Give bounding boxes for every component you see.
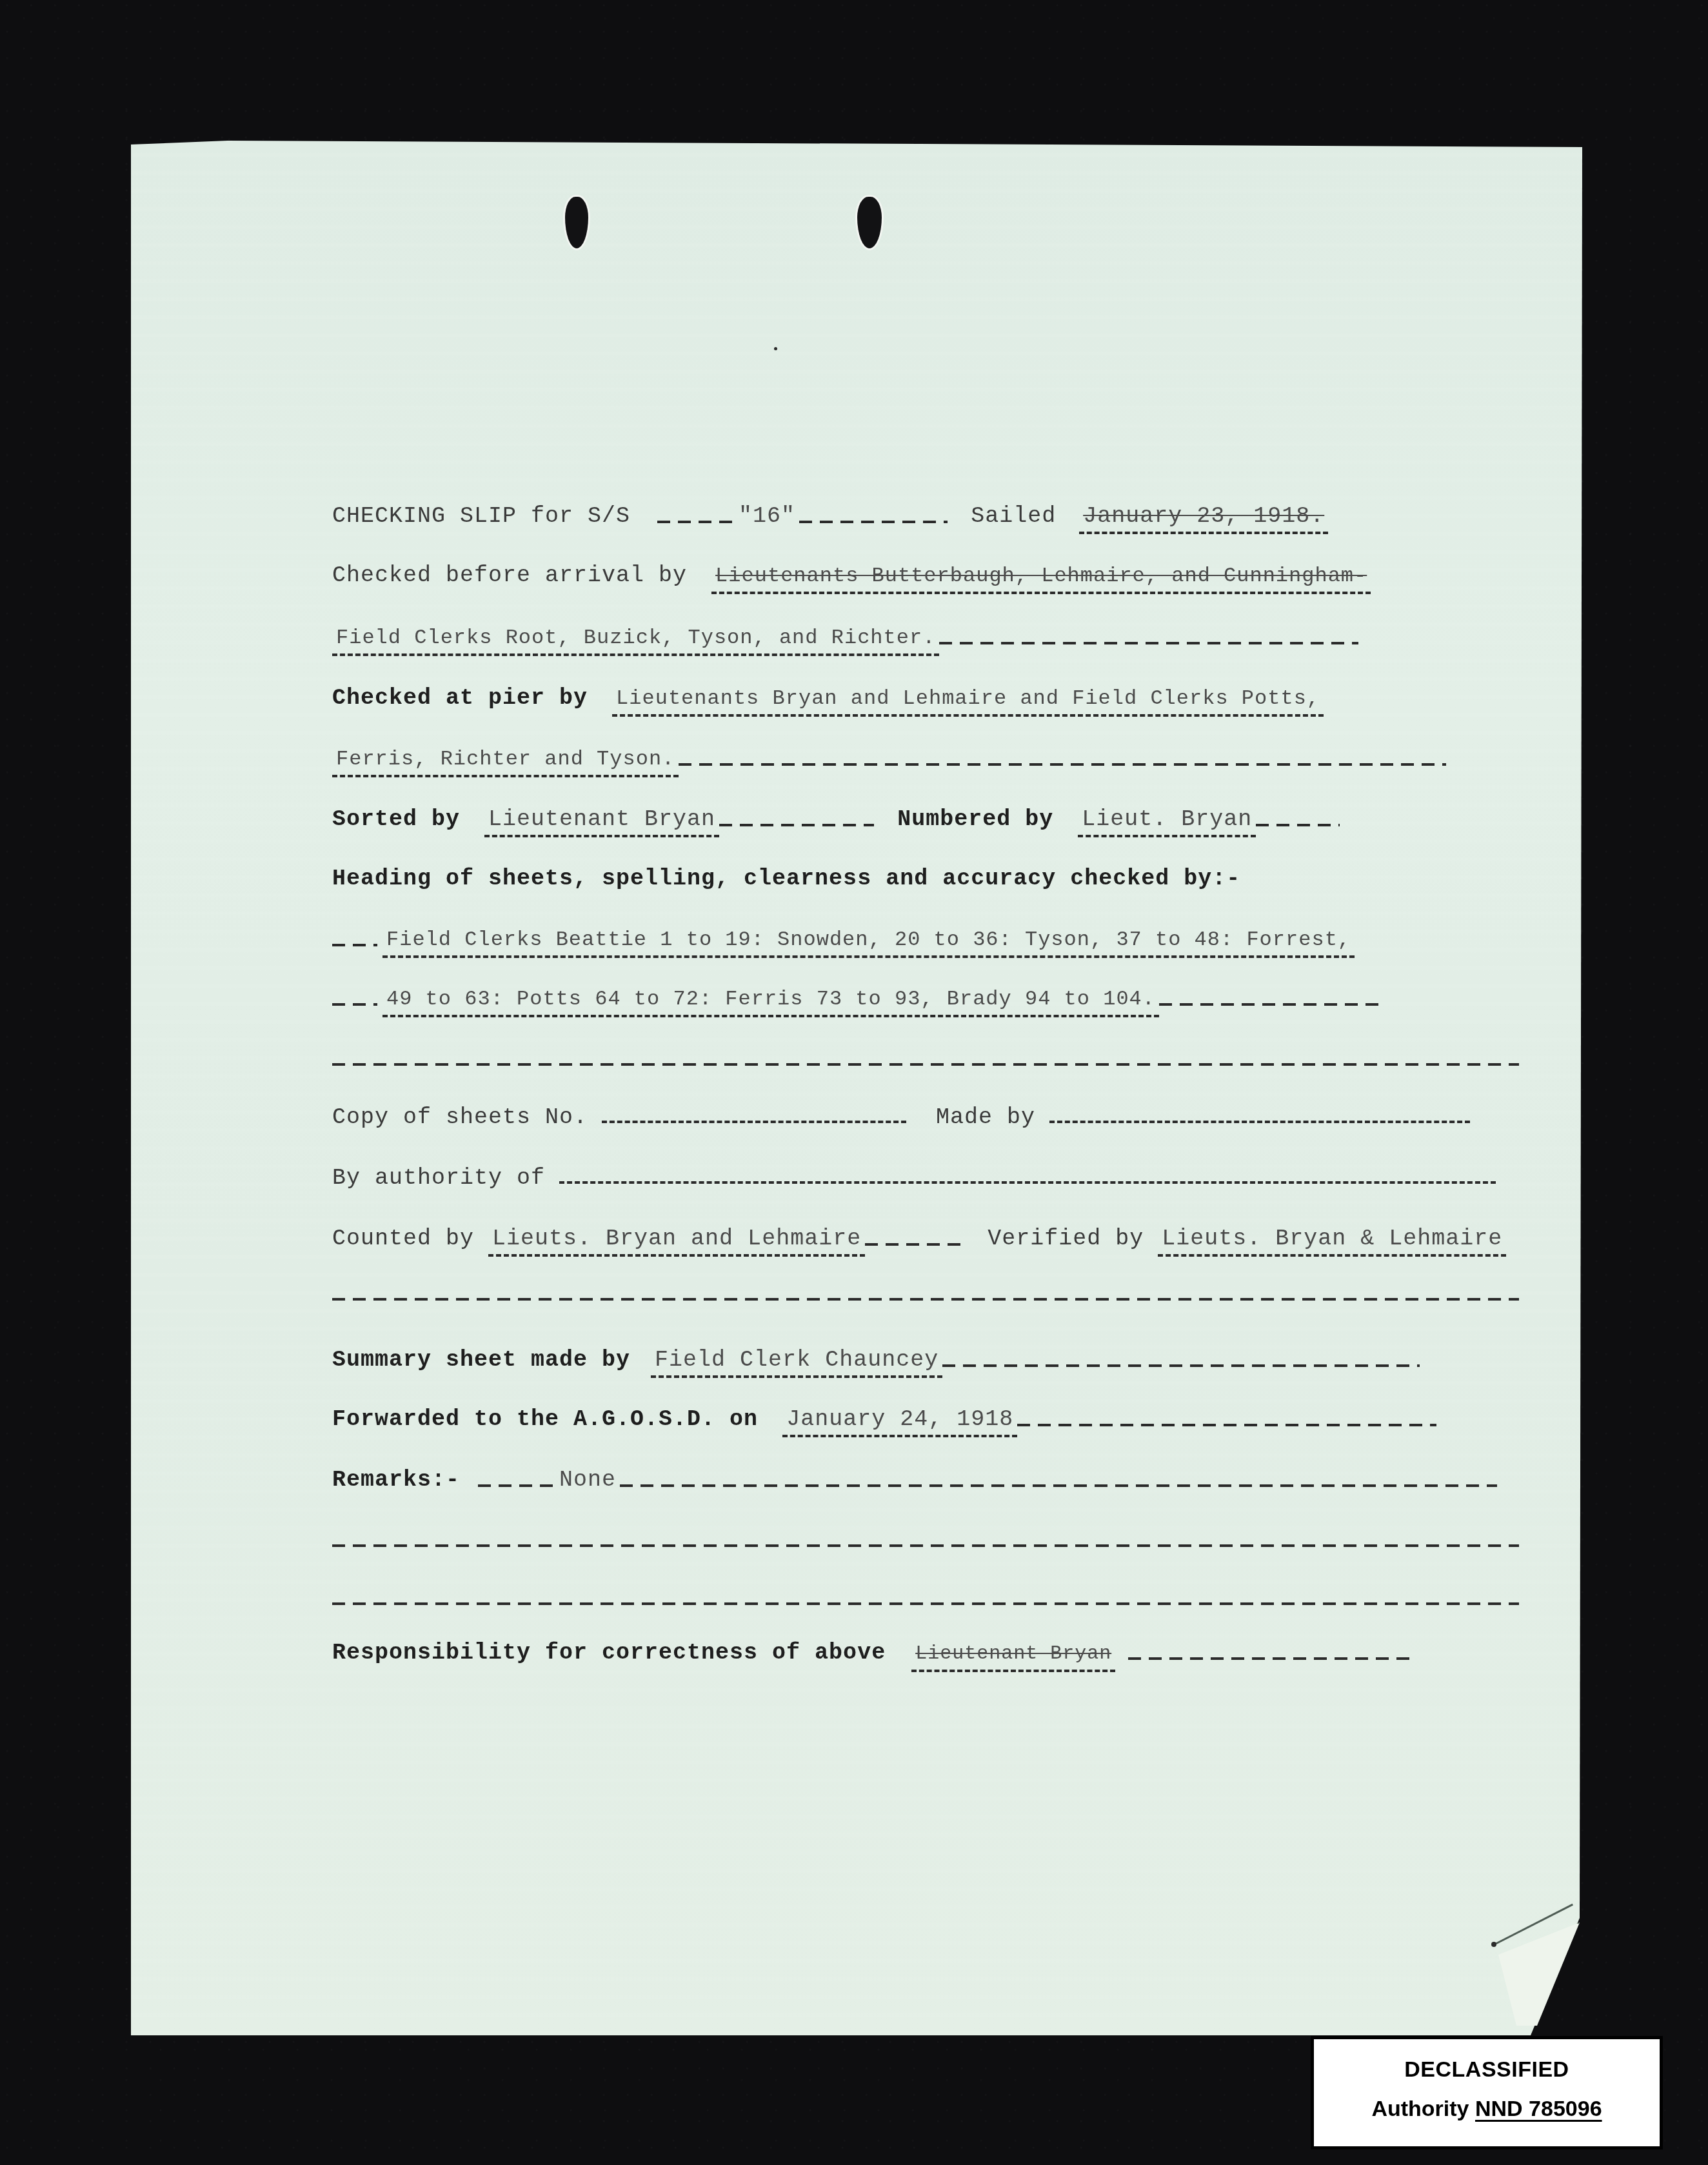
counted-by-value: Lieuts. Bryan and Lehmaire <box>488 1224 865 1257</box>
numbered-by-value: Lieut. Bryan <box>1078 805 1256 837</box>
responsibility-label: Responsibility for correctness of above <box>332 1640 886 1666</box>
by-authority-row: By authority of <box>332 1159 1496 1197</box>
blank-dashed-line <box>332 1544 1519 1547</box>
sorted-numbered-row: Sorted by Lieutenant Bryan Numbered by L… <box>332 800 1340 839</box>
checked-before-arrival-row-2: Field Clerks Root, Buzick, Tyson, and Ri… <box>332 618 1358 657</box>
heading-check-row-2: Field Clerks Beattie 1 to 19: Snowden, 2… <box>332 920 1355 959</box>
checked-before-arrival-label: Checked before arrival by <box>332 563 687 588</box>
counted-verified-row: Counted by Lieuts. Bryan and Lehmaire Ve… <box>332 1219 1506 1258</box>
checked-at-pier-value-2: Ferris, Richter and Tyson. <box>332 745 679 777</box>
responsibility-value: Lieutenant Bryan <box>911 1640 1115 1672</box>
form-title: CHECKING SLIP for S/S <box>332 503 630 529</box>
responsibility-row: Responsibility for correctness of above … <box>332 1633 1412 1672</box>
heading-check-label: Heading of sheets, spelling, clearness a… <box>332 866 1240 892</box>
sailed-date: January 23, 1918. <box>1079 502 1328 534</box>
checked-at-pier-label: Checked at pier by <box>332 685 588 711</box>
checked-at-pier-row-2: Ferris, Richter and Tyson. <box>332 739 1446 778</box>
made-by-value <box>1049 1119 1470 1123</box>
summary-sheet-row: Summary sheet made by Field Clerk Chaunc… <box>332 1341 1420 1379</box>
paper-speck <box>1491 1942 1496 1947</box>
remarks-label: Remarks:- <box>332 1467 460 1493</box>
heading-check-row: Heading of sheets, spelling, clearness a… <box>332 859 1240 898</box>
checked-before-arrival-row: Checked before arrival by Lieutenants Bu… <box>332 556 1371 595</box>
by-authority-value <box>559 1180 1496 1184</box>
blank-dashed-line <box>332 1298 1519 1301</box>
checked-at-pier-value: Lieutenants Bryan and Lehmaire and Field… <box>612 684 1324 717</box>
stamp-title: DECLASSIFIED <box>1314 2057 1660 2082</box>
sorted-by-label: Sorted by <box>332 806 460 832</box>
paper-texture <box>131 141 1582 2035</box>
forwarded-row: Forwarded to the A.G.O.S.D. on January 2… <box>332 1400 1436 1439</box>
blank-dashed-line <box>332 1602 1519 1605</box>
ship-designation: "16" <box>735 502 799 532</box>
checked-at-pier-row: Checked at pier by Lieutenants Bryan and… <box>332 679 1324 717</box>
verified-by-label: Verified by <box>988 1226 1144 1252</box>
remarks-row: Remarks:- None <box>332 1461 1497 1499</box>
copy-of-sheets-row: Copy of sheets No. Made by <box>332 1098 1470 1137</box>
heading-check-row-3: 49 to 63: Potts 64 to 72: Ferris 73 to 9… <box>332 979 1385 1018</box>
checked-before-arrival-value-2: Field Clerks Root, Buzick, Tyson, and Ri… <box>332 624 939 656</box>
verified-by-value: Lieuts. Bryan & Lehmaire <box>1158 1224 1506 1257</box>
blank-dashed-line <box>332 1063 1519 1066</box>
sorted-by-value: Lieutenant Bryan <box>484 805 719 837</box>
forwarded-date: January 24, 1918 <box>782 1405 1017 1437</box>
counted-by-label: Counted by <box>332 1226 474 1252</box>
remarks-value: None <box>555 1466 620 1495</box>
summary-sheet-value: Field Clerk Chauncey <box>651 1346 942 1378</box>
document-page <box>131 141 1582 2035</box>
by-authority-label: By authority of <box>332 1165 545 1191</box>
made-by-label: Made by <box>936 1104 1035 1130</box>
numbered-by-label: Numbered by <box>897 806 1053 832</box>
stamp-authority-label: Authority <box>1371 2097 1469 2121</box>
paper-speck <box>774 347 777 350</box>
title-row: CHECKING SLIP for S/S "16" Sailed Januar… <box>332 497 1328 535</box>
declassified-stamp: DECLASSIFIED Authority NND 785096 <box>1311 2036 1663 2150</box>
heading-check-value-2: 49 to 63: Potts 64 to 72: Ferris 73 to 9… <box>382 985 1159 1017</box>
forwarded-label: Forwarded to the A.G.O.S.D. on <box>332 1406 758 1432</box>
sailed-label: Sailed <box>971 503 1056 529</box>
stamp-authority-number: NND 785096 <box>1475 2097 1602 2121</box>
heading-check-value: Field Clerks Beattie 1 to 19: Snowden, 2… <box>382 926 1355 958</box>
checked-before-arrival-value: Lieutenants Butterbaugh, Lehmaire, and C… <box>711 562 1371 594</box>
copy-of-sheets-value <box>602 1119 906 1123</box>
stamp-authority: Authority NND 785096 <box>1314 2097 1660 2122</box>
summary-sheet-label: Summary sheet made by <box>332 1347 630 1373</box>
copy-of-sheets-label: Copy of sheets No. <box>332 1104 588 1130</box>
